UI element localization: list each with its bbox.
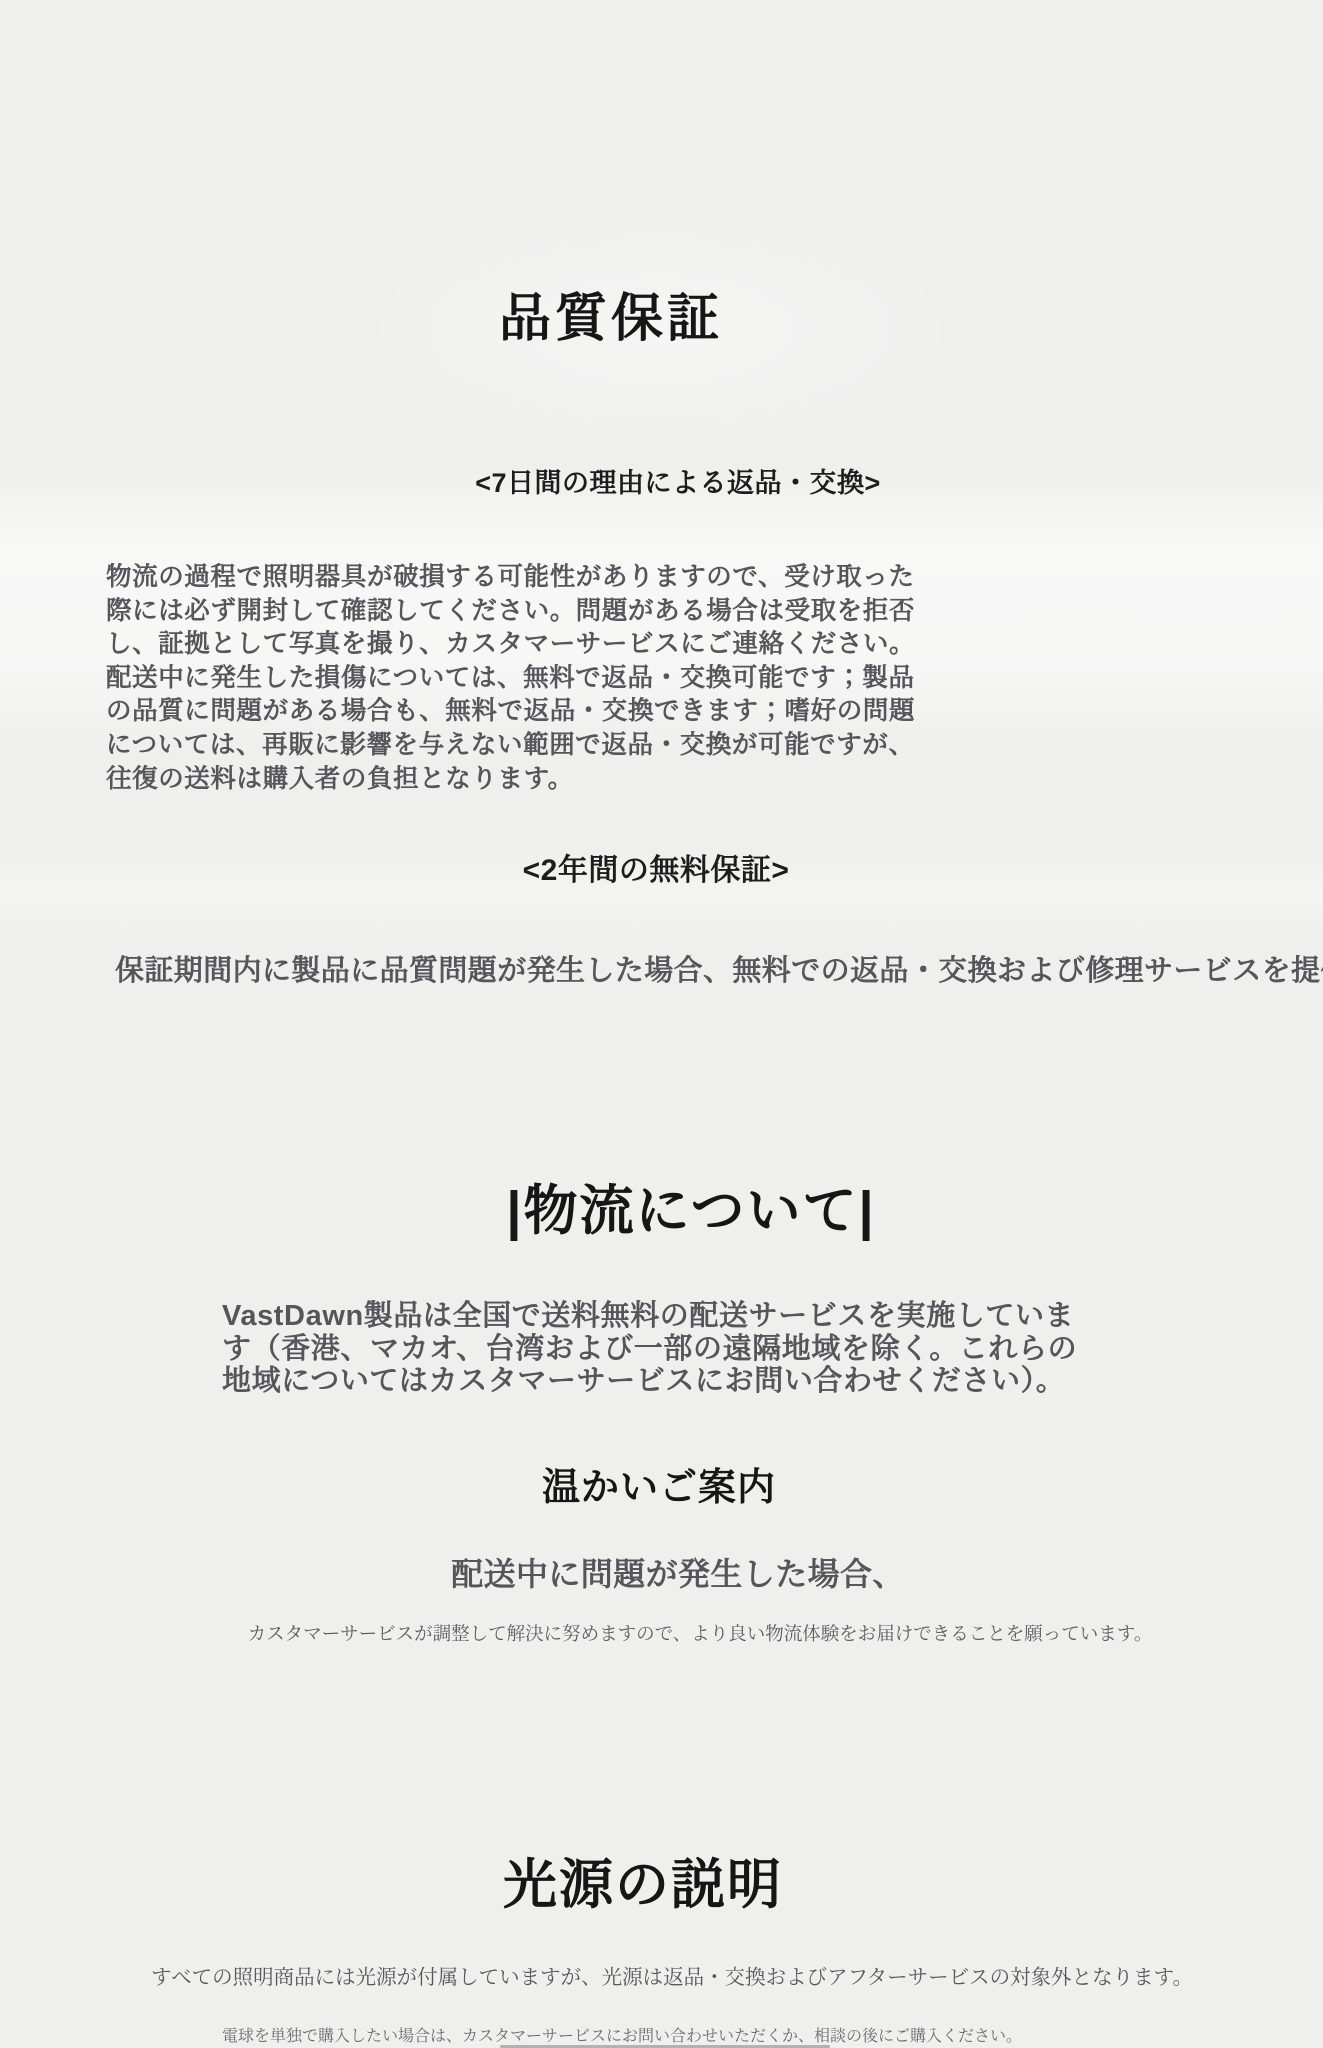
product-description-image: 品質保証 <7日間の理由による返品・交換> 物流の過程で照明器具が破損する可能性… [0, 0, 1323, 2048]
customer-service-note: カスタマーサービスが調整して解決に努めますので、より良い物流体験をお届けできるこ… [248, 1620, 1153, 1646]
light-source-note-line1: すべての照明商品には光源が付属していますが、光源は返品・交換およびアフターサービ… [151, 1960, 1193, 1990]
shipping-issue-line: 配送中に問題が発生した場合、 [451, 1549, 905, 1595]
two-year-warranty-subtitle: <2年間の無料保証> [523, 845, 790, 889]
logistics-title: |物流について| [506, 1168, 875, 1245]
quality-guarantee-title: 品質保証 [499, 276, 723, 351]
light-source-note-line2: 電球を単独で購入したい場合は、カスタマーサービスにお問い合わせいただくか、相談の… [222, 2023, 1022, 2046]
light-source-title: 光源の説明 [503, 1842, 783, 1919]
warranty-detail-line: 保証期間内に製品に品質問題が発生した場合、無料での返品・交換および修理サービスを… [115, 948, 1323, 989]
shipping-paragraph: VastDawn製品は全国で送料無料の配送サービスを実施していま す（香港、マカ… [222, 1300, 1077, 1398]
seven-day-return-subtitle: <7日間の理由による返品・交換> [475, 461, 881, 500]
return-policy-paragraph: 物流の過程で照明器具が破損する可能性がありますので、受け取った 際には必ず開封し… [106, 561, 915, 796]
warm-notice-heading: 温かいご案内 [542, 1456, 776, 1511]
